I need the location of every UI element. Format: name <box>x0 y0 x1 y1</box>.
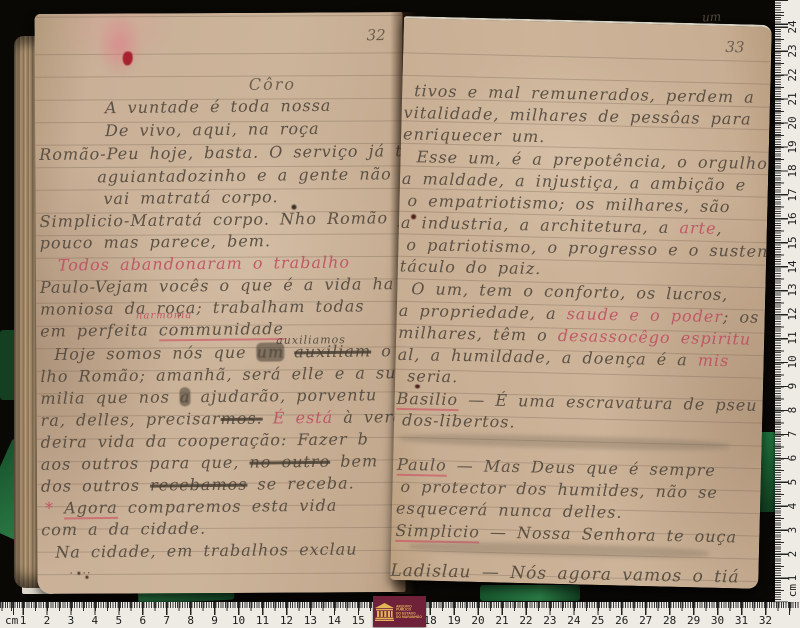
manuscript-text: tivos e mal remunerados, perdem a <box>414 81 755 107</box>
ruler-number: 11 <box>256 614 269 627</box>
ruler-number: 21 <box>786 92 799 105</box>
ruler-number: 13 <box>786 284 799 297</box>
manuscript-text: ra, delles, precisar <box>41 409 221 430</box>
ruler-number: 20 <box>471 614 484 627</box>
manuscript-line: De vivo, aqui, na roça <box>105 121 320 139</box>
manuscript-line: pouco mas parece, bem. <box>40 233 271 251</box>
ruler-number: 13 <box>304 614 317 627</box>
manuscript-text: al, a humildade, a doença é a <box>398 345 698 370</box>
manuscript-text: pouco mas parece, bem. <box>40 231 272 252</box>
manuscript-text: comparemos esta vida <box>118 496 338 517</box>
manuscript-text: o protector dos humildes, não se <box>400 477 718 502</box>
manuscript-text: ; os <box>723 307 760 327</box>
manuscript-line: Simplicio-Matratá corpo. Nho Romão fala <box>39 210 405 230</box>
ruler-number: 15 <box>786 236 799 249</box>
manuscript-text <box>263 408 273 427</box>
manuscript-text: mis <box>698 351 730 371</box>
ruler-number: 14 <box>786 260 799 273</box>
ruler-number: 11 <box>786 332 799 345</box>
manuscript-text: enriquecer um. <box>403 124 546 146</box>
ruler-number: 21 <box>495 614 508 627</box>
ruler-number: 22 <box>519 614 532 627</box>
manuscript-text: a industria, a architetura, a <box>401 213 680 237</box>
ruler-number: 7 <box>163 614 170 627</box>
ruler-number: 6 <box>786 455 799 462</box>
ruler-number: 6 <box>139 614 146 627</box>
ruler-number: 8 <box>187 614 194 627</box>
ruler-number: 17 <box>786 188 799 201</box>
manuscript-text: a propriedade, a <box>399 301 567 323</box>
manuscript-line: tivos e mal remunerados, perdem a <box>414 83 755 106</box>
manuscript-line: moniosa da roça; trabalham todas <box>40 298 365 317</box>
ruler-number: 12 <box>786 308 799 321</box>
ruler-number: 15 <box>352 614 365 627</box>
ruler-number: 5 <box>786 479 799 486</box>
manuscript-line: milia que nos a ajudarão, porventu <box>40 387 377 407</box>
ruler-number: 28 <box>663 614 676 627</box>
manuscript-line: dos-libertos. <box>402 412 516 430</box>
ruler-number: 4 <box>786 503 799 510</box>
manuscript-line: a maldade, a injustiça, a ambição e <box>402 171 746 194</box>
ruler-number: 1 <box>786 575 799 582</box>
manuscript-text: seria. <box>407 366 458 386</box>
manuscript-line: enriquecer um. <box>403 126 546 145</box>
manuscript-text: mos. <box>221 409 263 428</box>
manuscript-line: A vuntade é toda nossa <box>105 98 332 116</box>
red-stain <box>96 13 142 77</box>
manuscript-text: Paulo-Vejam vocês o que é a vida ha <box>40 274 395 297</box>
manuscript-text: Ladislau — Nós agora vamos o tiá <box>390 561 740 588</box>
archive-logo-text-line: DO MARANHÃO <box>396 615 422 619</box>
manuscript-line: o empatriotismo; os milhares, são <box>407 193 730 215</box>
manuscript-text: dos-libertos. <box>402 410 516 431</box>
ruler-number: 31 <box>735 614 748 627</box>
manuscript-line: vai matratá corpo. <box>103 189 278 207</box>
manuscript-line: Na cidade, em trabalhos exclau <box>55 541 357 560</box>
manuscript-text: deira vida da cooperação: Fazer b <box>41 429 369 451</box>
ruler-cm-ticks <box>775 0 788 602</box>
manuscript-text: — Mas Deus que é sempre <box>446 456 715 480</box>
ruler-number: 2 <box>786 551 799 558</box>
manuscript-text: milia que nos <box>40 387 180 407</box>
ruler-number: 29 <box>687 614 700 627</box>
manuscript-text: arte <box>679 218 716 238</box>
manuscript-text: recebamos <box>150 475 248 495</box>
ruler-number: 7 <box>786 431 799 438</box>
manuscript-text: milhares, têm o <box>398 323 558 345</box>
manuscript-line: milhares, têm o desassocêgo espiritu <box>398 325 751 348</box>
manuscript-text: Agora <box>64 498 118 520</box>
manuscript-text: Todos abandonaram o trabalho <box>58 253 350 275</box>
manuscript-text: bem <box>330 451 378 471</box>
ruler-number: 9 <box>211 614 218 627</box>
manuscript-line: Paulo — Mas Deus que é sempre <box>397 457 716 479</box>
manuscript-line: Esse um, é a prepotência, o orgulho, <box>416 149 771 172</box>
erased-line-smear <box>400 432 730 452</box>
page-left: 32 Côro A vuntade é toda nossaDe vivo, a… <box>34 12 405 594</box>
manuscript-line: com a da cidade. <box>41 521 206 539</box>
manuscript-text: a maldade, a injustiça, a ambição e <box>402 169 747 195</box>
ruler-number: 2 <box>44 614 51 627</box>
manuscript-text: Paulo <box>397 455 447 477</box>
manuscript-line: táculo do paiz. <box>400 258 542 277</box>
ruler-number: 27 <box>639 614 652 627</box>
manuscript-text: vai matratá corpo. <box>103 187 278 208</box>
manuscript-line: esquecerá nunca delles. <box>396 501 623 521</box>
manuscript-text: lho Romão; amanhã, será elle e a sua fa <box>40 363 405 386</box>
ruler-number: 23 <box>786 44 799 57</box>
manuscript-line: aguiantadozinho e a gente não <box>97 166 392 185</box>
manuscript-text: no outro <box>249 452 330 472</box>
manuscript-line: Todos abandonaram o trabalho <box>58 255 350 274</box>
manuscript-text: Simplicio <box>395 521 480 544</box>
manuscript-text: — É uma escravatura de pseu <box>458 390 758 415</box>
manuscript-line: ra, delles, precisarmos. É está à verda <box>41 409 406 429</box>
manuscript-text: Simplicio-Matratá corpo. Nho Romão fala <box>39 208 405 231</box>
manuscript-line: dos outros recebamos se receba. <box>41 475 355 494</box>
ruler-unit-label: cm <box>786 584 799 597</box>
manuscript-line: o protector dos humildes, não se <box>400 479 718 501</box>
ruler-number: 10 <box>786 356 799 369</box>
manuscript-line: * Agora comparemos esta vida <box>45 498 337 517</box>
manuscript-text: aguiantadozinho e a gente não <box>97 164 392 186</box>
manuscript-text: táculo do paiz. <box>400 256 542 278</box>
manuscript-text: o empatriotismo; os milhares, são <box>407 191 730 216</box>
ink-blot <box>85 576 88 579</box>
manuscript-text: * <box>45 498 64 517</box>
manuscript-line: deira vida da cooperação: Fazer b <box>41 431 369 450</box>
manuscript-text: esquecerá nunca delles. <box>396 499 623 522</box>
archive-logo-text: ARQUIVOPÚBLICODO ESTADODO MARANHÃO <box>396 604 422 618</box>
ink-blot <box>415 384 420 388</box>
manuscript-text: dos outros <box>41 476 150 496</box>
manuscript-text: , <box>716 219 722 238</box>
ink-blot <box>291 205 296 210</box>
ruler-number: 14 <box>328 614 341 627</box>
manuscript-text: em perfeita <box>40 320 159 340</box>
manuscript-text: Romão-Peu hoje, basta. O serviço já tá b… <box>39 141 405 164</box>
manuscript-text: Hoje somos nós que <box>54 343 257 364</box>
cloth-patch <box>480 585 580 601</box>
ruler-number: 26 <box>615 614 628 627</box>
manuscript-text: se receba. <box>247 473 354 493</box>
ruler-number: 25 <box>591 614 604 627</box>
ruler-vertical: cm 1234567891011121314151617181920212223… <box>775 0 800 602</box>
ruler-number: 3 <box>786 527 799 534</box>
ruler-number: 1 <box>20 614 27 627</box>
left-page-text: A vuntade é toda nossaDe vivo, aqui, na … <box>34 12 402 14</box>
manuscript-text: É está <box>273 408 334 428</box>
ruler-number: 22 <box>786 68 799 81</box>
ruler-number: 19 <box>447 614 460 627</box>
ruler-number: 12 <box>280 614 293 627</box>
ruler-number: 24 <box>567 614 580 627</box>
page-behind-fragment: um <box>702 10 722 25</box>
manuscript-text: communidade <box>159 319 284 341</box>
ruler-number: 9 <box>786 383 799 390</box>
manuscript-line: Hoje somos nós que um auxiliam o ve <box>54 343 405 363</box>
manuscript-text: Na cidade, em trabalhos exclau <box>55 539 357 561</box>
manuscript-text: com a da cidade. <box>41 519 206 540</box>
manuscript-line: em perfeita communidade <box>40 321 284 340</box>
manuscript-text: auxiliam <box>294 342 371 362</box>
ruler-number: 5 <box>115 614 122 627</box>
manuscript-text: Basilio <box>396 389 458 411</box>
manuscript-text: ajudarão, porventu <box>190 385 377 406</box>
manuscript-text: saude e o poder <box>567 304 724 326</box>
ruler-number: 10 <box>232 614 245 627</box>
manuscript-line: vitalidade, milhares de pessôas para <box>403 105 751 128</box>
manuscript-line: aos outros para que, no outro bem <box>41 453 378 473</box>
manuscript-line: al, a humildade, a doença é a mis <box>398 347 730 369</box>
page-number-right: 33 <box>725 38 745 56</box>
manuscript-line: a propriedade, a saude e o poder; os <box>399 303 760 326</box>
ruler-number: 24 <box>786 20 799 33</box>
ruler-number: 8 <box>786 407 799 414</box>
manuscript-line: a industria, a architetura, a arte, <box>401 215 723 237</box>
ink-blot <box>77 572 80 575</box>
ruler-number: 20 <box>786 116 799 129</box>
manuscript-photo: 32 Côro A vuntade é toda nossaDe vivo, a… <box>0 0 800 628</box>
ink-blot <box>411 214 416 219</box>
page-title: Côro <box>249 75 296 94</box>
manuscript-text: aos outros para que, <box>41 453 250 474</box>
ruler-number: 4 <box>92 614 99 627</box>
building-icon <box>375 603 394 621</box>
archive-logo: ARQUIVOPÚBLICODO ESTADODO MARANHÃO <box>373 596 426 627</box>
page-right: 33 tivos e mal remunerados, perdem avita… <box>390 16 772 589</box>
ruler-number: 30 <box>711 614 724 627</box>
manuscript-line: Ladislau — Nós agora vamos o tiá <box>390 563 739 587</box>
manuscript-text: O um, tem o conforto, os lucros, <box>411 279 728 304</box>
ruler-number: 16 <box>786 212 799 225</box>
manuscript-text: De vivo, aqui, na roça <box>105 119 320 140</box>
manuscript-line: O um, tem o conforto, os lucros, <box>411 281 728 303</box>
manuscript-text <box>284 342 294 361</box>
manuscript-line: seria. <box>407 368 458 385</box>
red-stain-dot <box>123 51 133 65</box>
manuscript-text: A vuntade é toda nossa <box>105 96 332 117</box>
manuscript-text: um <box>257 342 285 361</box>
ruler-number: 19 <box>786 140 799 153</box>
manuscript-text: desassocêgo espiritu <box>558 326 752 349</box>
ruler-number: 18 <box>786 164 799 177</box>
manuscript-line: Romão-Peu hoje, basta. O serviço já tá b… <box>39 143 405 163</box>
manuscript-line: lho Romão; amanhã, será elle e a sua fa <box>40 365 405 385</box>
manuscript-text: moniosa da roça; trabalham todas <box>40 296 365 318</box>
manuscript-text: a <box>180 387 191 406</box>
ruler-number: 3 <box>68 614 75 627</box>
ruler-number: 32 <box>759 614 772 627</box>
page-number-left: 32 <box>367 26 386 44</box>
ruler-unit-label: cm <box>5 614 18 627</box>
ruler-number: 23 <box>543 614 556 627</box>
manuscript-line: Paulo-Vejam vocês o que é a vida ha <box>40 276 395 296</box>
